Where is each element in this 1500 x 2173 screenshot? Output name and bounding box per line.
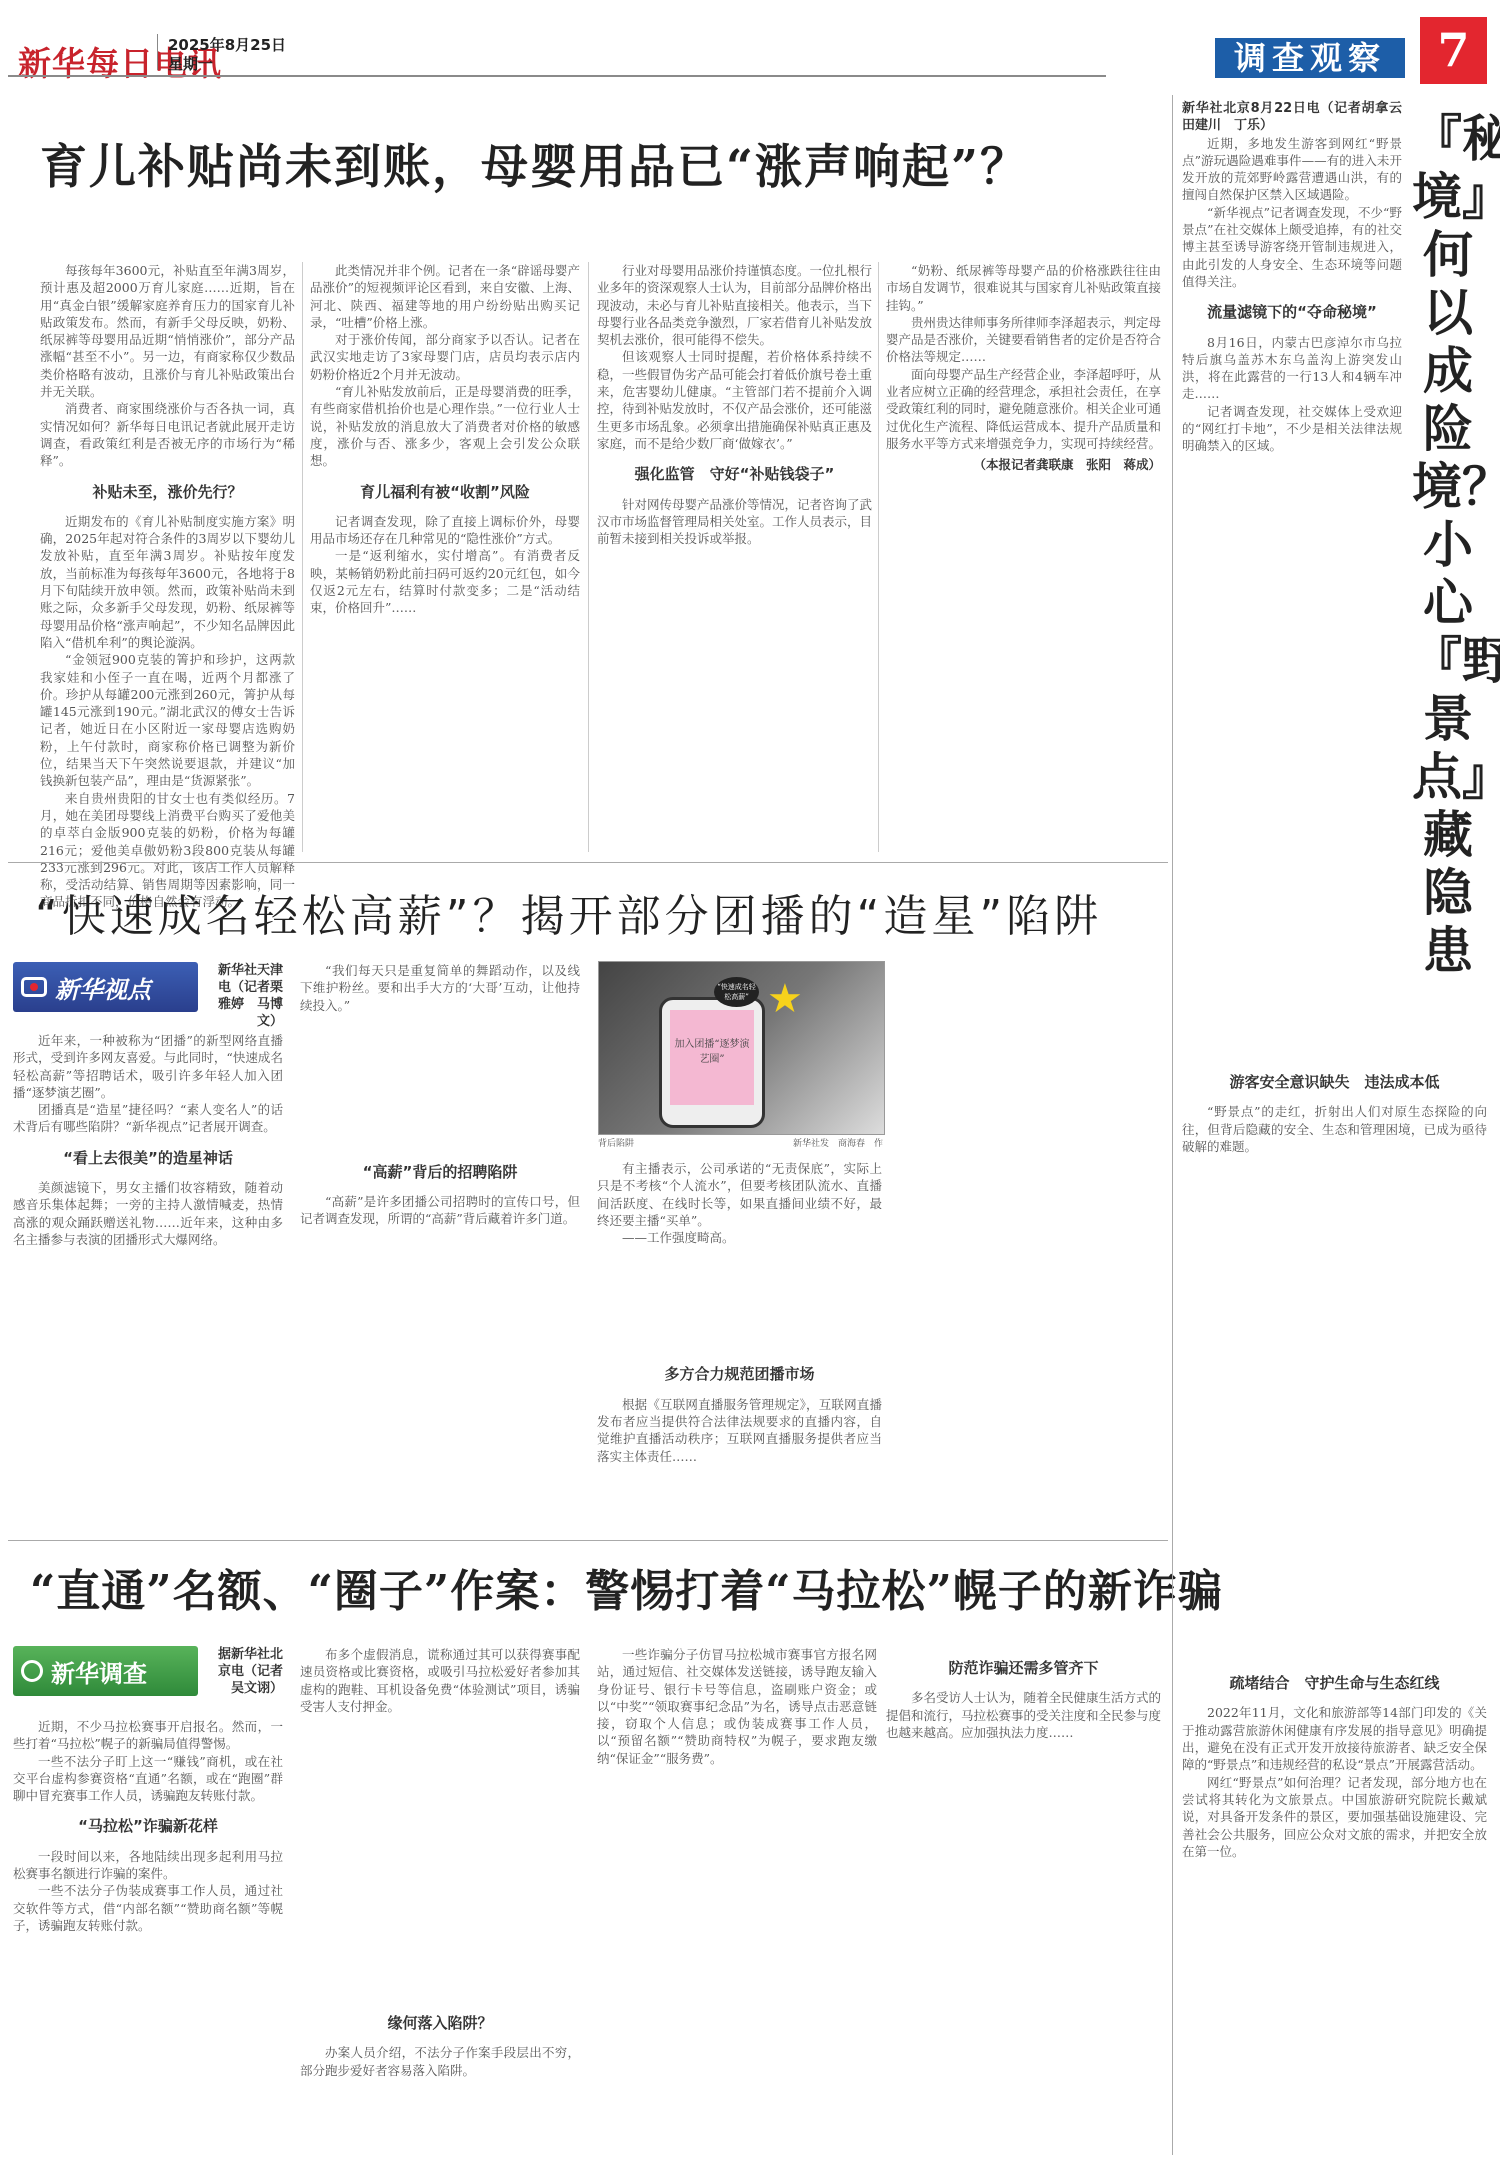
article4-lead-p1: 近期，多地发生游客到网红“野景点”游玩遇险遇难事件——有的进入未开发开放的荒郊野… [1182,135,1402,204]
date-text: 2025年8月25日 [168,36,286,55]
column-divider [1172,95,1173,2155]
article1-col3: 行业对母婴用品涨价持谨慎态度。一位扎根行业多年的资深观察人士认为，目前部分品牌价… [597,262,872,547]
article3-lead-p2: 一些不法分子盯上这一“赚钱”商机，或在社交平台虚构参赛资格“直通”名额，或在“跑… [13,1753,283,1805]
column-divider [878,262,879,852]
article4-body-p5: 网红“野景点”如何治理？记者发现，部分地方也在尝试将其转化为文旅景点。中国旅游研… [1182,1774,1487,1860]
article1-col1: 每孩每年3600元，补贴直至年满3周岁，预计惠及超2000万育儿家庭……近期，旨… [40,262,295,911]
phone-screen-text: 加入团播“逐梦演艺圈” [670,1010,754,1105]
article3-lead-p1: 近期，不少马拉松赛事开启报名。然而，一些打着“马拉松”幌子的新骗局值得警惕。 [13,1718,283,1753]
xinhua-diaocha-badge: 新华调查 [13,1646,198,1696]
article3-body-p3: 布多个虚假消息，谎称通过其可以获得赛事配速员资格或比赛资格，或吸引马拉松爱好者参… [300,1646,580,1715]
article1-subhead-3: 强化监管 守好“补贴钱袋子” [597,466,872,483]
article1-sec1-p2: “金领冠900克装的箐护和珍护，这两款我家娃和小侄子一直在喝，近两个月都涨了价。… [40,651,295,789]
article1-credit: （本报记者龚联康 张阳 蒋成） [886,456,1161,473]
page-number: 7 [1420,17,1487,84]
article-separator [8,1540,1168,1541]
article1-lead-p2: 消费者、商家围绕涨价与否各执一词，真实情况如何？新华每日电讯记者就此展开走访调查… [40,400,295,469]
article3-body-p6: 多名受访人士认为，随着全民健康生活方式的提倡和流行，马拉松赛事的受关注度和全民参… [886,1689,1161,1741]
article4-body-p3: “野景点”的走红，折射出人们对原生态探险的向往，但背后隐藏的安全、生态和管理困境… [1182,1103,1487,1155]
cartoon-illustration: 加入团播“逐梦演艺圈” “快速成名轻松高薪” ★ [598,961,885,1135]
article4-vertical-headline: 『秘境』何以成险境？小心『野景点』藏隐患 [1412,110,1484,980]
article2-col2: “我们每天只是重复简单的舞蹈动作，以及线下维护粉丝。要和出手大方的‘大哥’互动，… [300,962,580,1228]
article3-subhead-2: 缘何落入陷阱？ [300,2015,580,2032]
article1-subhead-2: 育儿福利有被“收割”风险 [310,484,580,501]
article2-col1: 近年来，一种被称为“团播”的新型网络直播形式，受到许多网友喜爱。与此同时，“快速… [13,1032,283,1248]
article3-headline: “直通”名额、“圈子”作案：警惕打着“马拉松”幌子的新诈骗 [30,1555,1223,1619]
article2-body-p5: ——工作强度畸高。 [597,1229,882,1246]
article1-subhead-1: 补贴未至，涨价先行？ [40,484,295,501]
article1-sec2-p1: 此类情况并非个例。记者在一条“辟谣母婴产品涨价”的短视频评论区看到，来自安徽、上… [310,262,580,331]
illustration-credit: 新华社发 商海春 作 [780,1136,883,1149]
article3-body-p4: 办案人员介绍，不法分子作案手段层出不穷，部分跑步爱好者容易落入陷阱。 [300,2044,580,2079]
article3-body-p2: 一些不法分子伪装成赛事工作人员，通过社交软件等方式，借“内部名额”“赞助商名额”… [13,1882,283,1934]
article4-body-p4: 2022年11月，文化和旅游部等14部门印发的《关于推动露营旅游休闲健康有序发展… [1182,1704,1487,1773]
article2-subhead-3: 多方合力规范团播市场 [597,1366,882,1383]
article1-sec3-p2: 一是“返利缩水，实付增高”。有消费者反映，某畅销奶粉此前扫码可返约20元红包，如… [310,547,580,616]
article4-body-p2: 记者调查发现，社交媒体上受欢迎的“网红打卡地”，不少是相关法律法规明确禁入的区域… [1182,403,1402,455]
article3-subhead-1: “马拉松”诈骗新花样 [13,1818,283,1835]
article2-byline: 新华社天津电（记者栗雅婷 马博文） [208,962,283,1030]
article1-sec4-p4: 面向母婴产品生产经营企业，李泽超呼吁，从业者应树立正确的经营理念，承担社会责任，… [886,366,1161,452]
issue-date: 2025年8月25日 星期一 [168,36,286,74]
article4-col: 新华社北京8月22日电（记者胡拿云 田建川 丁乐） 近期，多地发生游客到网红“野… [1182,100,1402,455]
article1-sec3-p4: 但该观察人士同时提醒，若价格体系持续不稳，一些假冒伪劣产品可能会打着低价旗号卷土… [597,348,872,452]
masthead-divider [157,34,158,70]
article1-sec4-p1: 针对网传母婴产品涨价等情况，记者咨询了武汉市市场监督管理局相关处室。工作人员表示… [597,496,872,548]
section-title: 调查观察 [1215,38,1405,78]
column-divider [588,262,589,852]
article4-byline: 新华社北京8月22日电（记者胡拿云 田建川 丁乐） [1182,100,1402,135]
article2-headline: “快速成名轻松高薪”？揭开部分团播的“造星”陷阱 [35,880,1102,944]
article3-col3: 一些诈骗分子仿冒马拉松城市赛事官方报名网站，通过短信、社交媒体发送链接，诱导跑友… [597,1646,877,1767]
star-icon: ★ [767,976,803,1022]
article1-sec3-p1: 记者调查发现，除了直接上调标价外，母婴用品市场还存在几种常见的“隐性涨价”方式。 [310,513,580,548]
xinhua-shidian-badge: 新华视点 [13,962,198,1012]
article3-col4: 防范诈骗还需多管齐下 多名受访人士认为，随着全民健康生活方式的提倡和流行，马拉松… [886,1646,1161,1741]
article2-body-p1: 美颜滤镜下，男女主播们妆容精致，随着动感音乐集体起舞；一旁的主持人激情喊麦，热情… [13,1179,283,1248]
article4-subhead-2: 游客安全意识缺失 违法成本低 [1182,1074,1487,1091]
article3-col1: 近期，不少马拉松赛事开启报名。然而，一些打着“马拉松”幌子的新骗局值得警惕。 一… [13,1718,283,1934]
article4-lead-p2: “新华视点”记者调查发现，不少“野景点”在社交媒体上颇受追捧，有的社交博主甚至诱… [1182,204,1402,290]
article3-body-p1: 一段时间以来，各地陆续出现多起利用马拉松赛事名额进行诈骗的案件。 [13,1848,283,1883]
article1-sec3-p3: 行业对母婴用品涨价持谨慎态度。一位扎根行业多年的资深观察人士认为，目前部分品牌价… [597,262,872,348]
article1-sec4-p3: 贵州贵达律师事务所律师李泽超表示，判定母婴产品是否涨价，关键要看销售者的定价是否… [886,314,1161,366]
article2-col3: 有主播表示，公司承诺的“无责保底”，实际上只是不考核“个人流水”，但要考核团队流… [597,1160,882,1465]
article3-subhead-3: 防范诈骗还需多管齐下 [886,1660,1161,1677]
article1-col2: 此类情况并非个例。记者在一条“辟谣母婴产品涨价”的短视频评论区看到，来自安徽、上… [310,262,580,617]
article2-subhead-1: “看上去很美”的造星神话 [13,1150,283,1167]
article2-body-p2: “我们每天只是重复简单的舞蹈动作，以及线下维护粉丝。要和出手大方的‘大哥’互动，… [300,962,580,1014]
article2-lead-p2: 团播真是“造星”捷径吗？“素人变名人”的话术背后有哪些陷阱？“新华视点”记者展开… [13,1101,283,1136]
article1-sec2-p2: 对于涨价传闻，部分商家予以否认。记者在武汉实地走访了3家母婴门店，店员均表示店内… [310,331,580,383]
article4-col-lower: 游客安全意识缺失 违法成本低 “野景点”的走红，折射出人们对原生态探险的向往，但… [1182,1060,1487,1860]
article1-sec1-p1: 近期发布的《育儿补贴制度实施方案》明确，2025年起对符合条件的3周岁以下婴幼儿… [40,513,295,651]
speech-bubble: “快速成名轻松高薪” [714,977,759,1007]
phone-drawing: 加入团播“逐梦演艺圈” [659,997,765,1128]
article2-body-p6: 根据《互联网直播服务管理规定》，互联网直播发布者应当提供符合法律法规要求的直播内… [597,1396,882,1465]
article1-col4: “奶粉、纸尿裤等母婴产品的价格涨跌往往由市场自发调节，很难说其与国家育儿补贴政策… [886,262,1161,474]
magnifier-icon [21,1660,43,1682]
article4-subhead-3: 疏堵结合 守护生命与生态红线 [1182,1675,1487,1692]
article4-subhead-1: 流量滤镜下的“夺命秘境” [1182,304,1402,321]
article1-sec4-p2: “奶粉、纸尿裤等母婴产品的价格涨跌往往由市场自发调节，很难说其与国家育儿补贴政策… [886,262,1161,314]
badge-label: 新华视点 [55,970,151,1005]
article4-body-p1: 8月16日，内蒙古巴彦淖尔市乌拉特后旗乌盖苏木东乌盖沟上游突发山洪，将在此露营的… [1182,334,1402,403]
masthead-rule [8,75,1106,77]
badge-label: 新华调查 [51,1654,147,1689]
article1-sec2-p3: “育儿补贴发放前后，正是母婴消费的旺季，有些商家借机抬价也是心理作祟。”一位行业… [310,383,580,469]
weekday-text: 星期一 [168,55,286,74]
article1-headline: 育儿补贴尚未到账，母婴用品已“涨声响起”？ [40,130,1029,197]
illustration-title: 背后陷阱 [598,1136,634,1149]
article3-body-p5: 一些诈骗分子仿冒马拉松城市赛事官方报名网站，通过短信、社交媒体发送链接，诱导跑友… [597,1646,877,1767]
article2-body-p3: “高薪”是许多团播公司招聘时的宣传口号，但记者调查发现，所谓的“高薪”背后藏着许… [300,1193,580,1228]
article2-body-p4: 有主播表示，公司承诺的“无责保底”，实际上只是不考核“个人流水”，但要考核团队流… [597,1160,882,1229]
article2-lead-p1: 近年来，一种被称为“团播”的新型网络直播形式，受到许多网友喜爱。与此同时，“快速… [13,1032,283,1101]
article3-col2: 布多个虚假消息，谎称通过其可以获得赛事配速员资格或比赛资格，或吸引马拉松爱好者参… [300,1646,580,2079]
column-divider [302,262,303,852]
article2-subhead-2: “高薪”背后的招聘陷阱 [300,1164,580,1181]
article-separator [8,862,1168,863]
camera-icon [21,977,47,997]
article3-byline: 据新华社北京电（记者吴文诩） [208,1646,283,1697]
article1-lead-p1: 每孩每年3600元，补贴直至年满3周岁，预计惠及超2000万育儿家庭……近期，旨… [40,262,295,400]
